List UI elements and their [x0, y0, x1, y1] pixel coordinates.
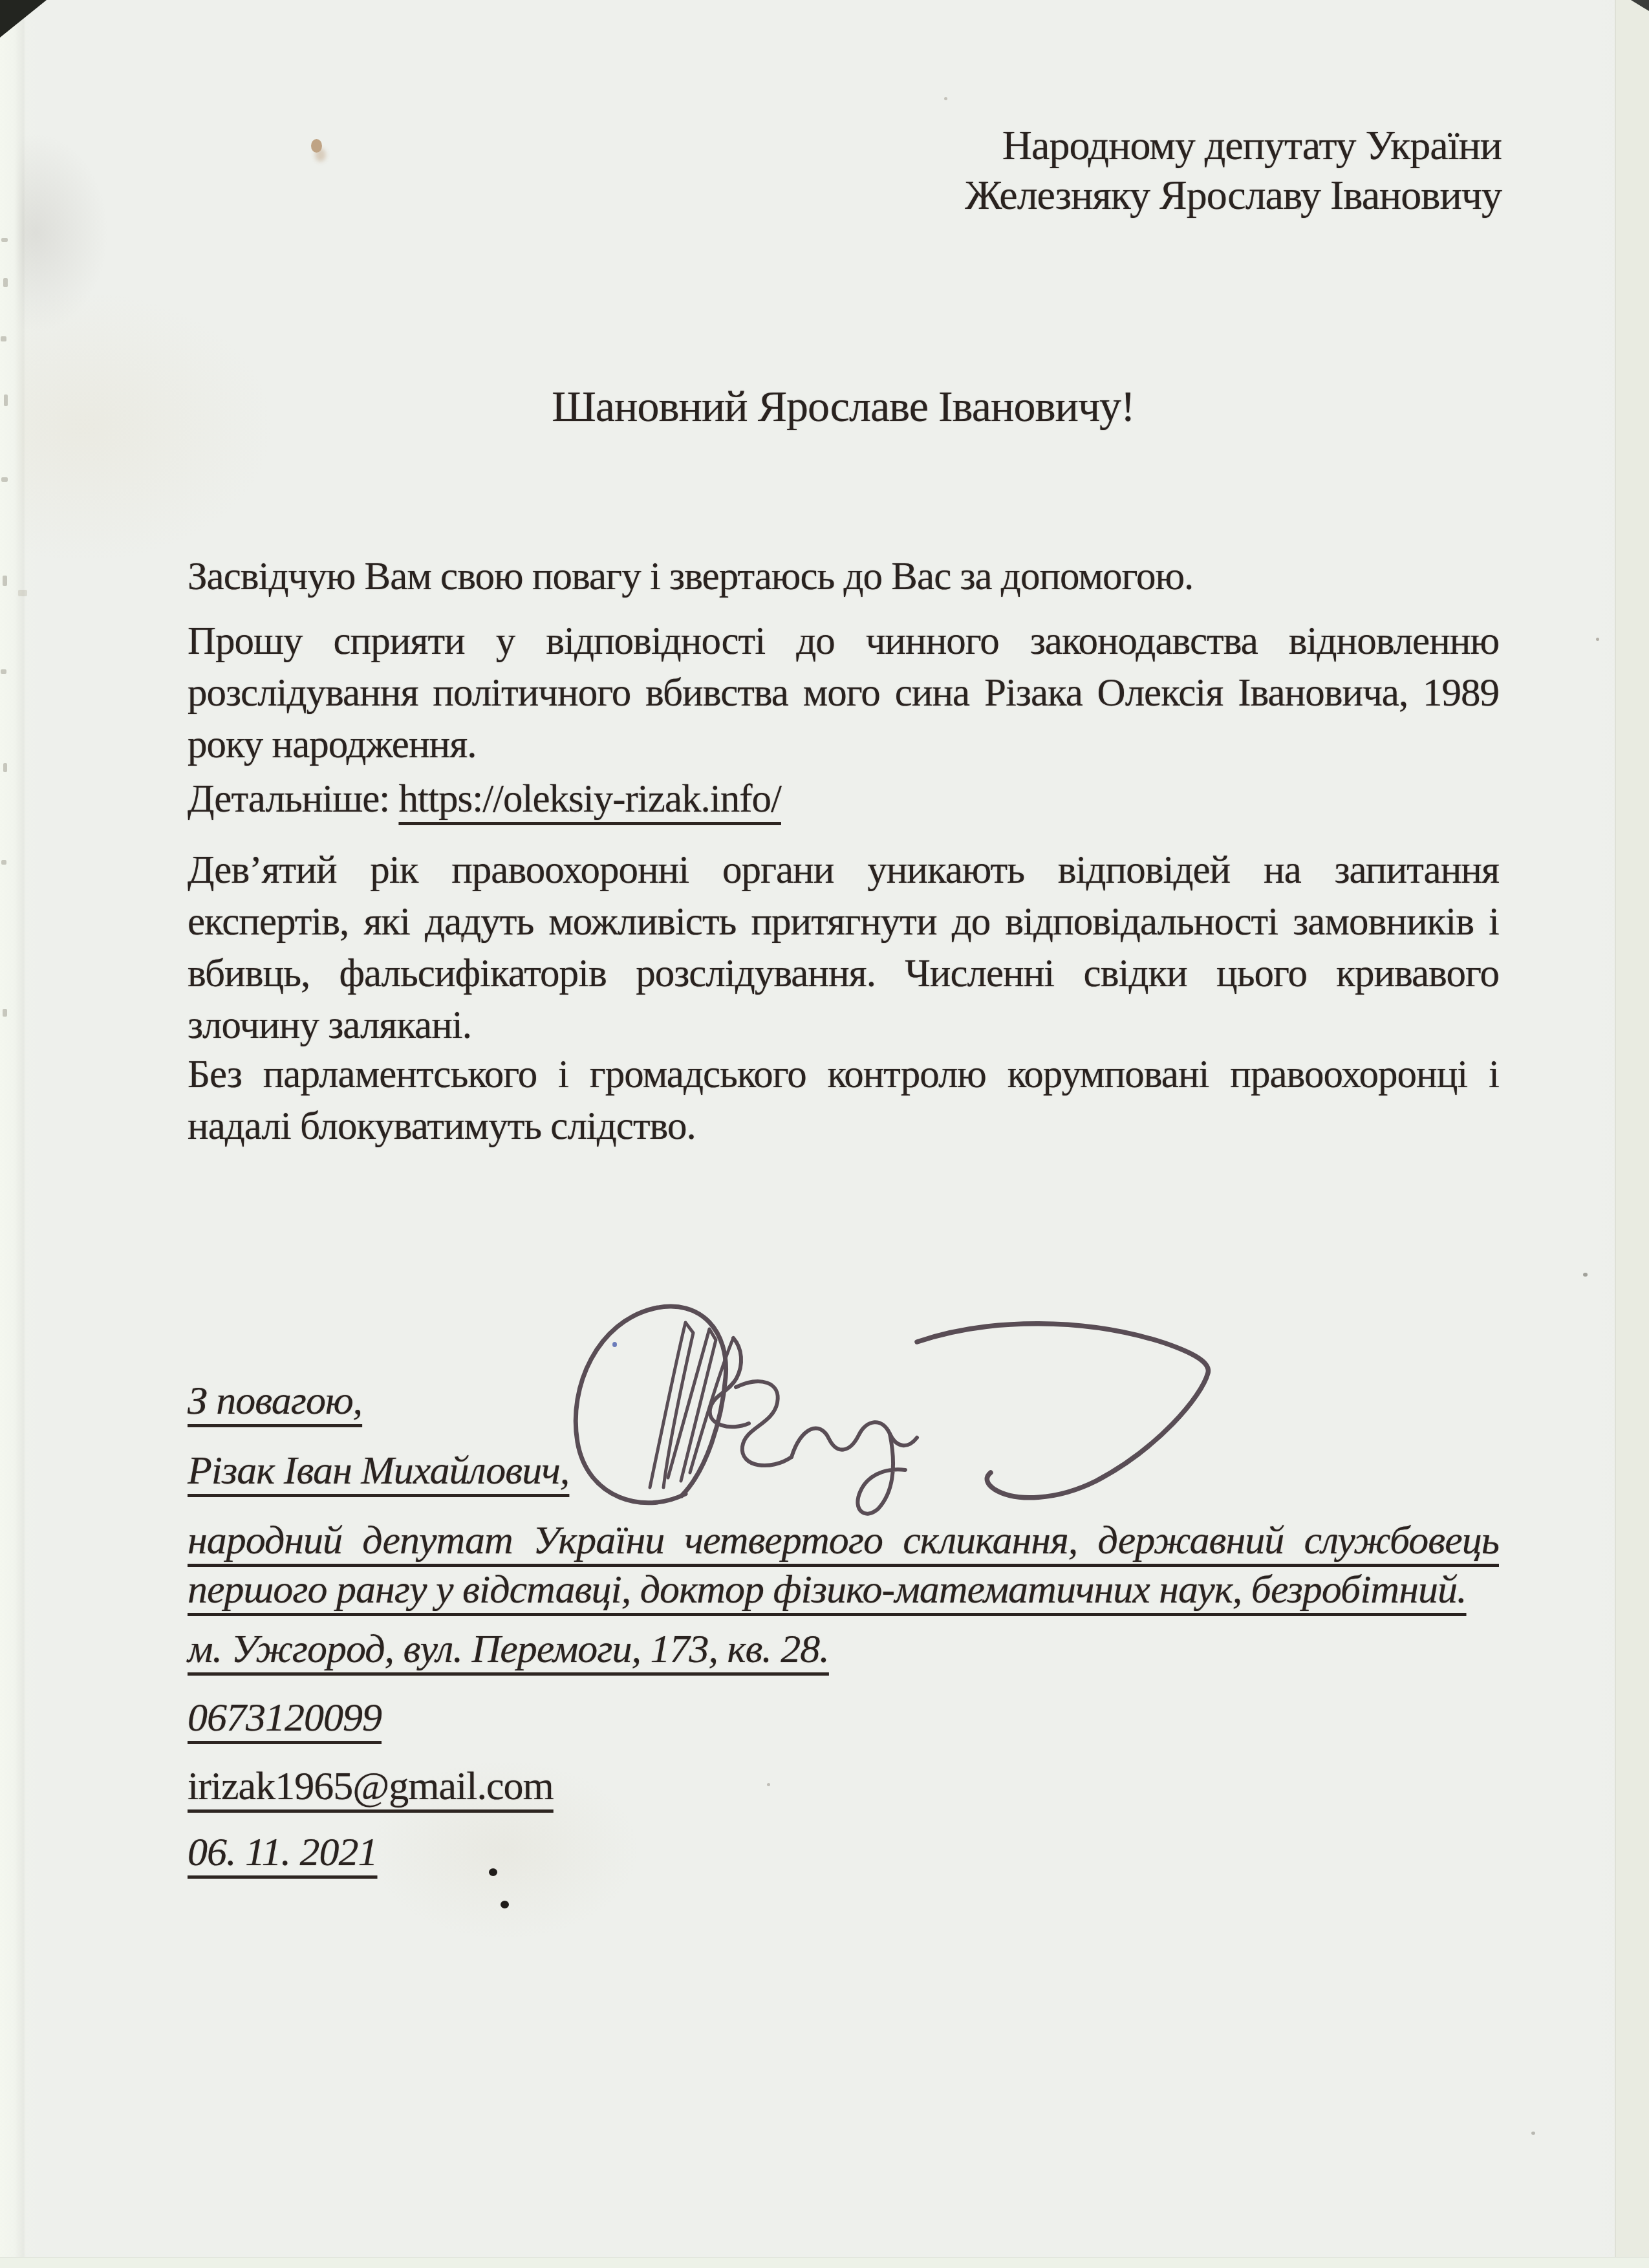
text-line: Народному депутату України [965, 120, 1502, 170]
letter-date: 06. 11. 2021 [188, 1828, 1499, 1877]
scan-bleedthrough-mark [1, 669, 6, 674]
pen-dot [489, 1868, 497, 1876]
letter-date-text: 06. 11. 2021 [188, 1830, 377, 1874]
paragraph-respect: Засвідчую Вам свою повагу і звертаюсь до… [188, 551, 1499, 603]
scan-speck [1297, 207, 1300, 210]
text-line: року народження. [188, 719, 1499, 771]
text-line: Прошу сприяти у відповідності до чинного… [188, 616, 1499, 667]
scan-bleedthrough-mark [1, 477, 8, 482]
ink-dot [612, 1342, 617, 1347]
scan-bleedthrough-mark [3, 763, 7, 772]
scan-corner-top-left [0, 0, 47, 38]
text-line: злочину залякані. [188, 1000, 1499, 1052]
scan-edge-bottom [0, 2257, 1649, 2268]
paragraph-details-link: Детальніше: https://oleksiy-rizak.info/ [188, 773, 1499, 825]
scan-speck [460, 936, 464, 940]
scan-bleedthrough-mark [4, 394, 8, 406]
text-line: Без парламентського і громадського контр… [188, 1049, 1499, 1101]
text-line: першого рангу у відставці, доктор фізико… [188, 1565, 1499, 1614]
scan-speck [767, 1783, 770, 1786]
text-line: розслідування політичного вбивства мого … [188, 667, 1499, 719]
scan-bleedthrough-mark [3, 278, 8, 287]
scan-edge-right [1615, 0, 1649, 2268]
details-label: Детальніше: [188, 777, 389, 821]
closing-text: З повагою, [188, 1379, 362, 1423]
scan-bleedthrough-mark [1, 860, 6, 865]
details-url: https://oleksiy-rizak.info/ [399, 777, 781, 821]
paragraph-ninth-year: Дев’ятий рік правоохоронні органи уникаю… [188, 845, 1499, 1052]
paragraph-request: Прошу сприяти у відповідності до чинного… [188, 616, 1499, 771]
text-line: вбивць, фальсифікаторів розслідування. Ч… [188, 948, 1499, 1000]
signer-phone-text: 0673120099 [188, 1696, 382, 1740]
pen-dot [501, 1901, 509, 1908]
signer-address-text: м. Ужгород, вул. Перемоги, 173, кв. 28. [188, 1627, 829, 1671]
scan-speck [1531, 2132, 1535, 2135]
signer-phone: 0673120099 [188, 1693, 1499, 1742]
scan-speck [1596, 638, 1599, 641]
scan-bleedthrough-mark [18, 590, 27, 596]
signature-scrawl-icon [511, 1284, 1261, 1542]
text-line: Железняку Ярославу Івановичу [965, 170, 1502, 220]
scan-bleedthrough-mark [3, 576, 7, 586]
paragraph-control: Без парламентського і громадського контр… [188, 1049, 1499, 1152]
scan-bleedthrough-mark [1, 238, 8, 242]
recipient-address: Народному депутату УкраїниЖелезняку Ярос… [965, 120, 1502, 220]
salutation-line: Шановний Ярославе Івановичу! [188, 380, 1499, 432]
signer-email: irizak1965@gmail.com [188, 1762, 1499, 1811]
scanned-letter-page: Народному депутату УкраїниЖелезняку Ярос… [0, 0, 1649, 2268]
scan-stain [311, 139, 322, 153]
text-line: Дев’ятий рік правоохоронні органи уникаю… [188, 845, 1499, 896]
scan-bleedthrough-mark [3, 1009, 7, 1017]
scan-bleedthrough-mark [1, 336, 6, 341]
text-line: надалі блокуватимуть слідство. [188, 1101, 1499, 1152]
signer-email-text: irizak1965@gmail.com [188, 1764, 554, 1808]
text-line: експертів, які дадуть можливість притягн… [188, 896, 1499, 948]
scan-speck [944, 97, 947, 100]
scan-corner-top-right [1631, 0, 1649, 11]
signer-address: м. Ужгород, вул. Перемоги, 173, кв. 28. [188, 1625, 1499, 1674]
text-line: Засвідчую Вам свою повагу і звертаюсь до… [188, 551, 1499, 603]
scan-speck [1583, 1273, 1588, 1277]
